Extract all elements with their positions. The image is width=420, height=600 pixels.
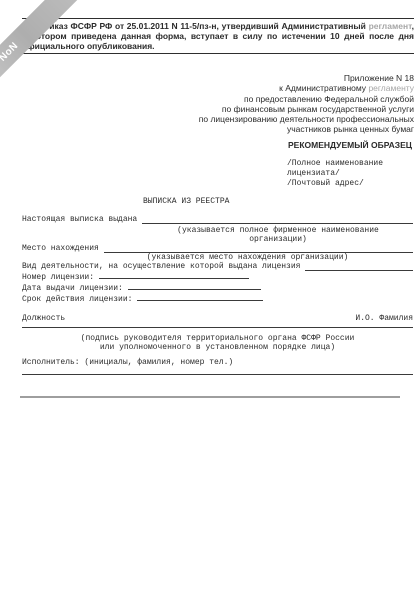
reglament-link[interactable]: регламент <box>369 21 412 31</box>
activity-blank-line <box>305 263 413 271</box>
issued-blank-line <box>142 216 413 224</box>
validity-blank-line <box>137 293 263 301</box>
license-number-label: Номер лицензии: <box>22 273 94 282</box>
reglamentu-link[interactable]: регламенту <box>368 83 414 93</box>
appendix-block: Приложение N 18 к Административному регл… <box>0 73 414 135</box>
page-footer-divider <box>20 396 400 398</box>
license-number-blank-line <box>99 271 249 279</box>
form-title: ВЫПИСКА ИЗ РЕЕСТРА <box>143 197 413 206</box>
issue-date-row: Дата выдачи лицензии: <box>22 282 413 293</box>
validity-row: Срок действия лицензии: <box>22 293 413 304</box>
issue-date-label: Дата выдачи лицензии: <box>22 284 123 293</box>
appendix-line-2-prefix: к Административному <box>279 83 368 93</box>
position-label: Должность <box>22 314 65 323</box>
issued-hint-2: организации) <box>143 235 413 244</box>
location-label: Место нахождения <box>22 244 99 253</box>
appendix-line-5: по лицензированию деятельности профессио… <box>0 114 414 124</box>
executor-label: Исполнитель: (инициалы, фамилия, номер т… <box>22 358 413 367</box>
appendix-line-2: к Административному регламенту <box>0 83 414 93</box>
issued-label: Настоящая выписка выдана <box>22 215 137 224</box>
issue-date-blank-line <box>128 282 261 290</box>
activity-label: Вид деятельности, на осуществление котор… <box>22 262 300 271</box>
appendix-line-3: по предоставлению Федеральной службой <box>0 94 414 104</box>
issued-row: Настоящая выписка выдана <box>22 215 413 224</box>
registry-extract-form: ВЫПИСКА ИЗ РЕЕСТРА Настоящая выписка выд… <box>22 197 413 375</box>
addressee-block: /Полное наименование лицензиата/ /Почтов… <box>287 159 420 189</box>
addressee-line-1: /Полное наименование <box>287 159 420 169</box>
location-hint: (указывается место нахождения организаци… <box>105 253 390 262</box>
signature-line <box>22 327 413 328</box>
signature-hints: (подпись руководителя территориального о… <box>22 334 413 352</box>
addressee-line-2: лицензиата/ <box>287 169 420 179</box>
name-label: И.О. Фамилия <box>355 314 413 323</box>
location-row: Место нахождения <box>22 244 413 253</box>
addressee-line-3: /Почтовый адрес/ <box>287 179 420 189</box>
signatory-row: Должность И.О. Фамилия <box>22 314 413 323</box>
appendix-line-6: участников рынка ценных бумаг <box>0 124 414 134</box>
form-end-line <box>22 374 413 375</box>
activity-row: Вид деятельности, на осуществление котор… <box>22 262 413 271</box>
recommended-sample-label: РЕКОМЕНДУЕМЫЙ ОБРАЗЕЦ <box>0 140 412 150</box>
edit-note: Приказ ФСФР РФ от 25.01.2011 N 11-5/пз-н… <box>22 18 414 54</box>
license-number-row: Номер лицензии: <box>22 271 413 282</box>
signature-hint-1: (подпись руководителя территориального о… <box>22 334 413 343</box>
issued-hint-1: (указывается полное фирменное наименован… <box>143 226 413 235</box>
validity-label: Срок действия лицензии: <box>22 295 132 304</box>
edit-note-text-1: Приказ ФСФР РФ от 25.01.2011 N 11-5/пз-н… <box>38 21 369 31</box>
location-blank-line <box>104 245 413 253</box>
appendix-line-4: по финансовым рынкам государственной усл… <box>0 104 414 114</box>
appendix-line-1: Приложение N 18 <box>0 73 414 83</box>
document-page: ru NoN Приказ ФСФР РФ от 25.01.2011 N 11… <box>0 0 420 600</box>
signature-hint-2: или уполномоченного в установленном поря… <box>22 343 413 352</box>
